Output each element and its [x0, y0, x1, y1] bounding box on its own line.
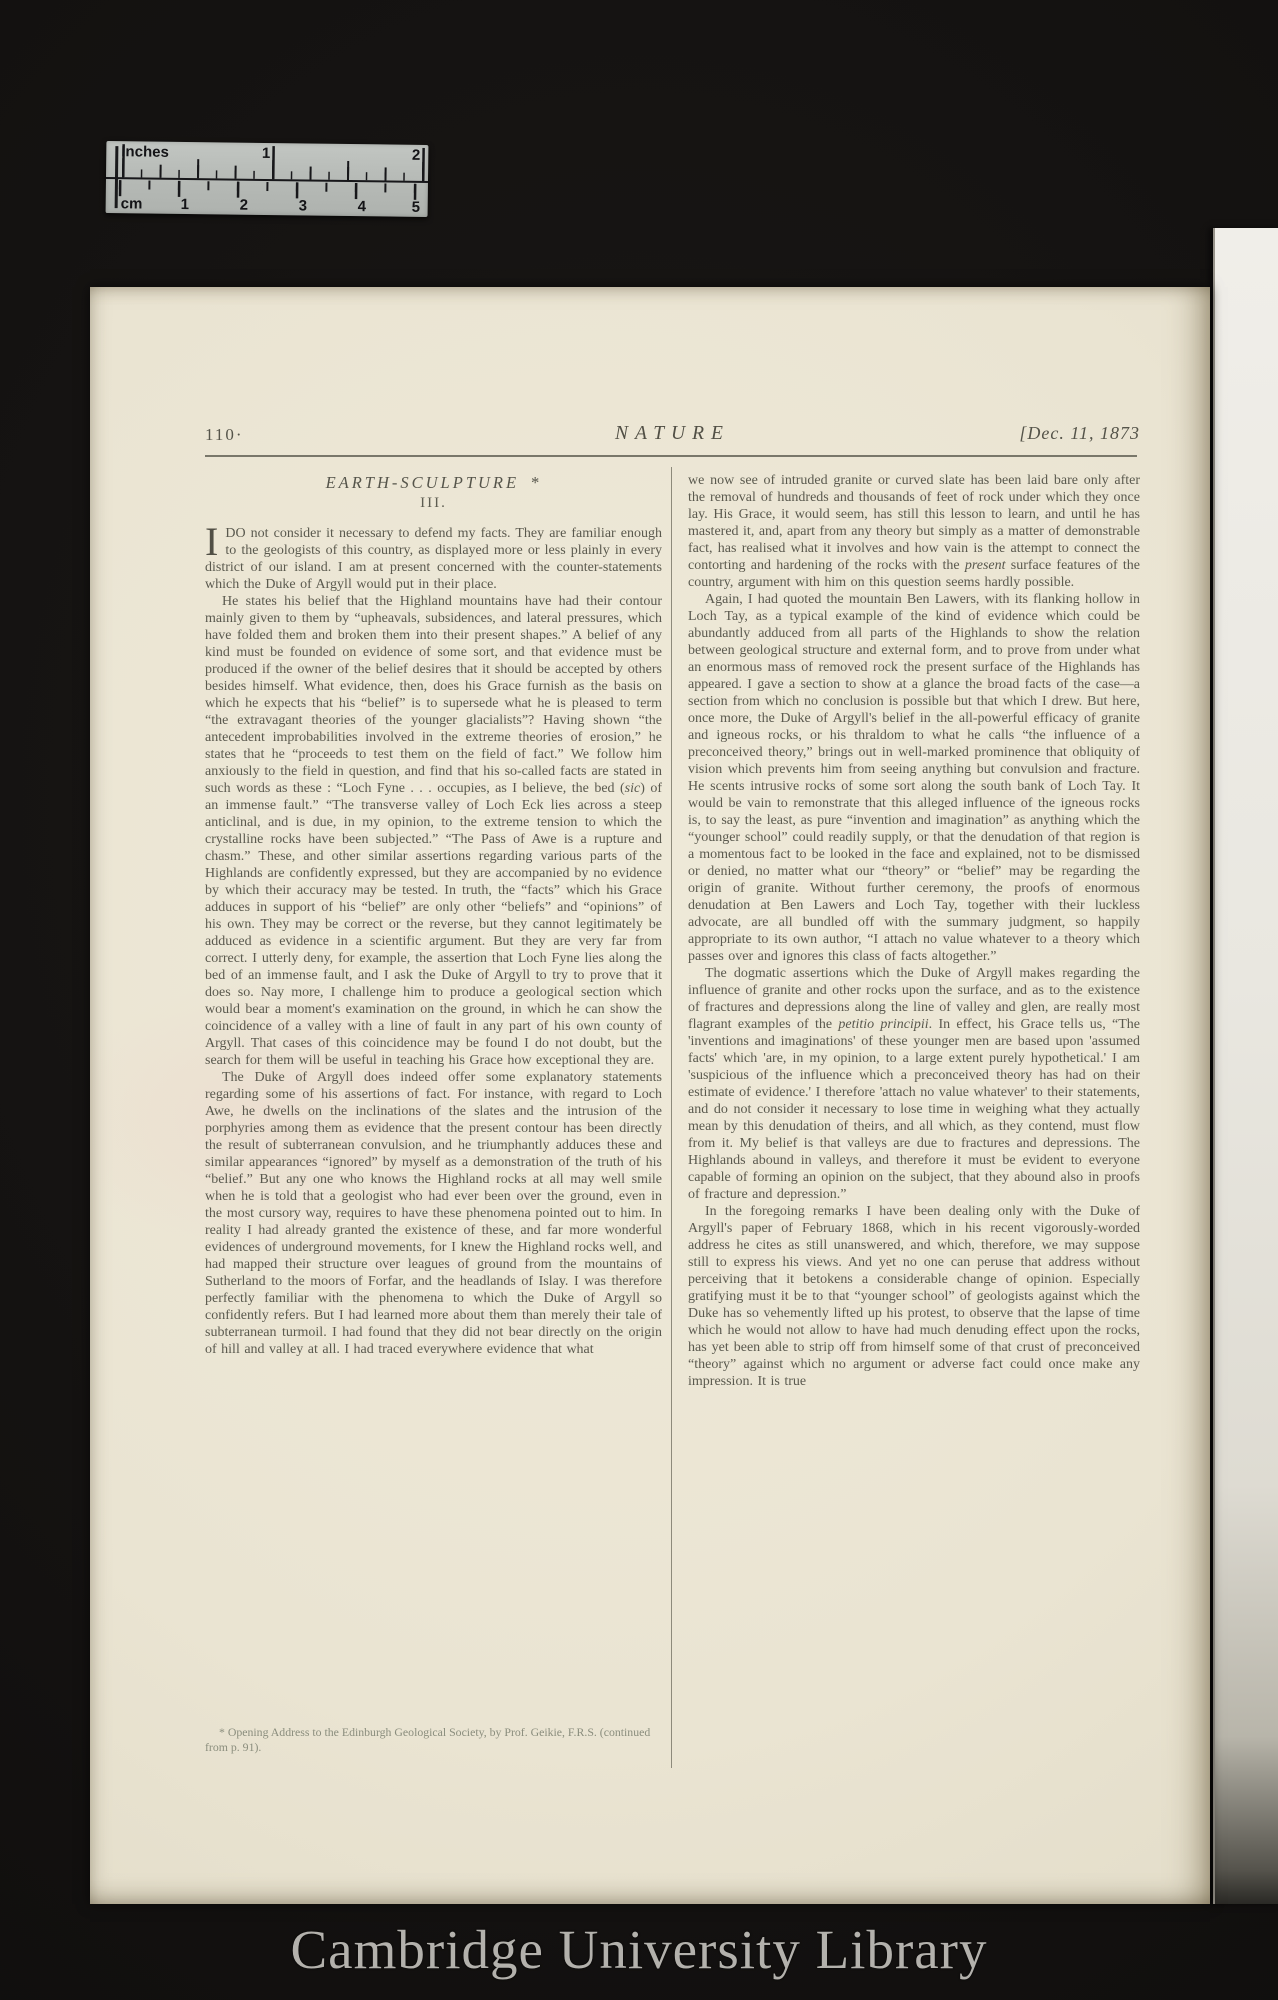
- ruler-cm-label: cm: [121, 195, 143, 212]
- page-header: 110· NATURE [Dec. 11, 1873: [205, 423, 1140, 451]
- ruler-cm-number-2: 2: [240, 197, 249, 214]
- right-column: we now see of intruded granite or curved…: [688, 472, 1140, 1772]
- column-divider: [671, 467, 672, 1768]
- paragraph: He states his belief that the Highland m…: [205, 593, 662, 1069]
- paragraph: In the foregoing remarks I have been dea…: [688, 1203, 1140, 1390]
- ruler-inch-number-2: 2: [400, 147, 420, 164]
- ruler-inch-number-1: 1: [250, 145, 270, 162]
- library-scan-viewport: { "ruler": { "inches_label": "Inches", "…: [0, 0, 1278, 2000]
- left-column: EARTH-SCULPTURE * III. IDO not consider …: [205, 472, 662, 1724]
- journal-title: NATURE: [205, 423, 1140, 445]
- measurement-ruler: Inches 1 2 cm 1 2 3 4 5: [106, 141, 429, 217]
- adjacent-page-edge: [1213, 228, 1278, 1904]
- footnote: * Opening Address to the Edinburgh Geolo…: [205, 1725, 665, 1754]
- scanned-journal-page: 110· NATURE [Dec. 11, 1873 EARTH-SCULPTU…: [90, 287, 1210, 1904]
- ruler-cm-number-1: 1: [181, 196, 190, 213]
- library-banner: Cambridge University Library: [0, 1918, 1278, 1981]
- ruler-inches-label: Inches: [121, 143, 169, 161]
- drop-cap: I: [205, 525, 225, 557]
- ruler-cm-number-5: 5: [412, 199, 421, 216]
- header-rule: [205, 455, 1137, 457]
- paragraph: IDO not consider it necessary to defend …: [205, 525, 662, 593]
- ruler-cm-number-3: 3: [299, 197, 308, 214]
- ruler-cm-scale: cm 1 2 3 4 5: [106, 180, 428, 217]
- article-section-number: III.: [205, 495, 662, 512]
- ruler-inches-scale: Inches 1 2: [106, 141, 428, 183]
- paragraph-text: DO not consider it necessary to defend m…: [205, 526, 662, 592]
- issue-date: [Dec. 11, 1873: [1019, 423, 1140, 444]
- paragraph: we now see of intruded granite or curved…: [688, 472, 1140, 591]
- paragraph: Again, I had quoted the mountain Ben Law…: [688, 591, 1140, 965]
- ruler-cm-number-4: 4: [358, 198, 367, 215]
- paragraph: The Duke of Argyll does indeed offer som…: [205, 1069, 662, 1358]
- article-title: EARTH-SCULPTURE *: [205, 474, 662, 491]
- paragraph: The dogmatic assertions which the Duke o…: [688, 965, 1140, 1203]
